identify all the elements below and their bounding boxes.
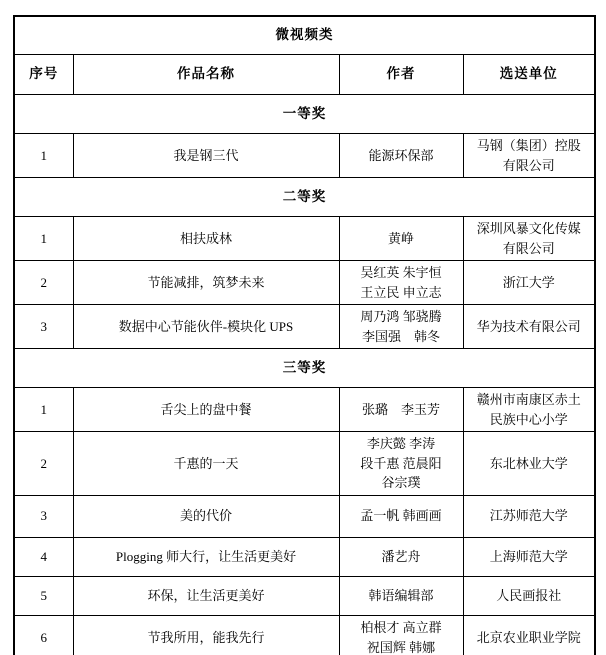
cell-work-title: 节我所用，能我先行 (73, 615, 339, 655)
cell-author: 孟一帆 韩画画 (339, 495, 463, 537)
cell-work-title: 美的代价 (73, 495, 339, 537)
column-header-author: 作者 (339, 55, 463, 95)
cell-work-title: 环保，让生活更美好 (73, 576, 339, 615)
cell-no: 1 (14, 388, 73, 432)
table-row: 1 我是钢三代 能源环保部 马钢（集团）控股 有限公司 (14, 134, 595, 178)
cell-author: 能源环保部 (339, 134, 463, 178)
cell-author: 吴红英 朱宇恒 王立民 申立志 (339, 261, 463, 305)
cell-work-title: 我是钢三代 (73, 134, 339, 178)
table-row: 4 Plogging 师大行，让生活更美好 潘艺舟 上海师范大学 (14, 537, 595, 576)
cell-no: 1 (14, 134, 73, 178)
cell-work-title: 节能减排，筑梦未来 (73, 261, 339, 305)
category-title: 微视频类 (14, 16, 595, 55)
cell-org: 马钢（集团）控股 有限公司 (463, 134, 595, 178)
table-row: 6 节我所用，能我先行 柏根才 高立群 祝国辉 韩娜 北京农业职业学院 (14, 615, 595, 655)
cell-org: 上海师范大学 (463, 537, 595, 576)
cell-author: 李庆懿 李涛 段千惠 范晨阳 谷宗璞 (339, 432, 463, 496)
cell-no: 3 (14, 305, 73, 349)
cell-no: 2 (14, 432, 73, 496)
section-label-third-prize: 三等奖 (14, 349, 595, 388)
column-header-org: 选送单位 (463, 55, 595, 95)
section-header-row: 三等奖 (14, 349, 595, 388)
column-header-no: 序号 (14, 55, 73, 95)
table-row: 序号 作品名称 作者 选送单位 (14, 55, 595, 95)
cell-org: 华为技术有限公司 (463, 305, 595, 349)
awards-table: 微视频类 序号 作品名称 作者 选送单位 一等奖 1 我是钢三代 能源环保部 马… (13, 15, 596, 655)
cell-no: 4 (14, 537, 73, 576)
section-label-first-prize: 一等奖 (14, 95, 595, 134)
section-header-row: 二等奖 (14, 178, 595, 217)
section-label-second-prize: 二等奖 (14, 178, 595, 217)
column-header-title: 作品名称 (73, 55, 339, 95)
cell-no: 3 (14, 495, 73, 537)
cell-work-title: Plogging 师大行，让生活更美好 (73, 537, 339, 576)
table-row: 5 环保，让生活更美好 韩语编辑部 人民画报社 (14, 576, 595, 615)
cell-org: 北京农业职业学院 (463, 615, 595, 655)
cell-author: 张璐 李玉芳 (339, 388, 463, 432)
table-row: 3 美的代价 孟一帆 韩画画 江苏师范大学 (14, 495, 595, 537)
cell-no: 6 (14, 615, 73, 655)
table-row: 2 节能减排，筑梦未来 吴红英 朱宇恒 王立民 申立志 浙江大学 (14, 261, 595, 305)
table-row: 1 舌尖上的盘中餐 张璐 李玉芳 赣州市南康区赤土 民族中心小学 (14, 388, 595, 432)
cell-work-title: 千惠的一天 (73, 432, 339, 496)
cell-org: 赣州市南康区赤土 民族中心小学 (463, 388, 595, 432)
cell-org: 江苏师范大学 (463, 495, 595, 537)
section-header-row: 一等奖 (14, 95, 595, 134)
cell-author: 潘艺舟 (339, 537, 463, 576)
cell-author: 韩语编辑部 (339, 576, 463, 615)
cell-org: 深圳风暴文化传媒 有限公司 (463, 217, 595, 261)
cell-author: 黄峥 (339, 217, 463, 261)
cell-work-title: 数据中心节能伙伴-模块化 UPS (73, 305, 339, 349)
cell-org: 东北林业大学 (463, 432, 595, 496)
table-row: 3 数据中心节能伙伴-模块化 UPS 周乃鸿 邹骁腾 李国强 韩冬 华为技术有限… (14, 305, 595, 349)
cell-author: 柏根才 高立群 祝国辉 韩娜 (339, 615, 463, 655)
document-page: 微视频类 序号 作品名称 作者 选送单位 一等奖 1 我是钢三代 能源环保部 马… (0, 0, 606, 655)
cell-no: 5 (14, 576, 73, 615)
cell-org: 浙江大学 (463, 261, 595, 305)
cell-work-title: 舌尖上的盘中餐 (73, 388, 339, 432)
cell-org: 人民画报社 (463, 576, 595, 615)
cell-author: 周乃鸿 邹骁腾 李国强 韩冬 (339, 305, 463, 349)
cell-no: 1 (14, 217, 73, 261)
cell-work-title: 相扶成林 (73, 217, 339, 261)
table-row: 2 千惠的一天 李庆懿 李涛 段千惠 范晨阳 谷宗璞 东北林业大学 (14, 432, 595, 496)
cell-no: 2 (14, 261, 73, 305)
table-row: 微视频类 (14, 16, 595, 55)
table-row: 1 相扶成林 黄峥 深圳风暴文化传媒 有限公司 (14, 217, 595, 261)
